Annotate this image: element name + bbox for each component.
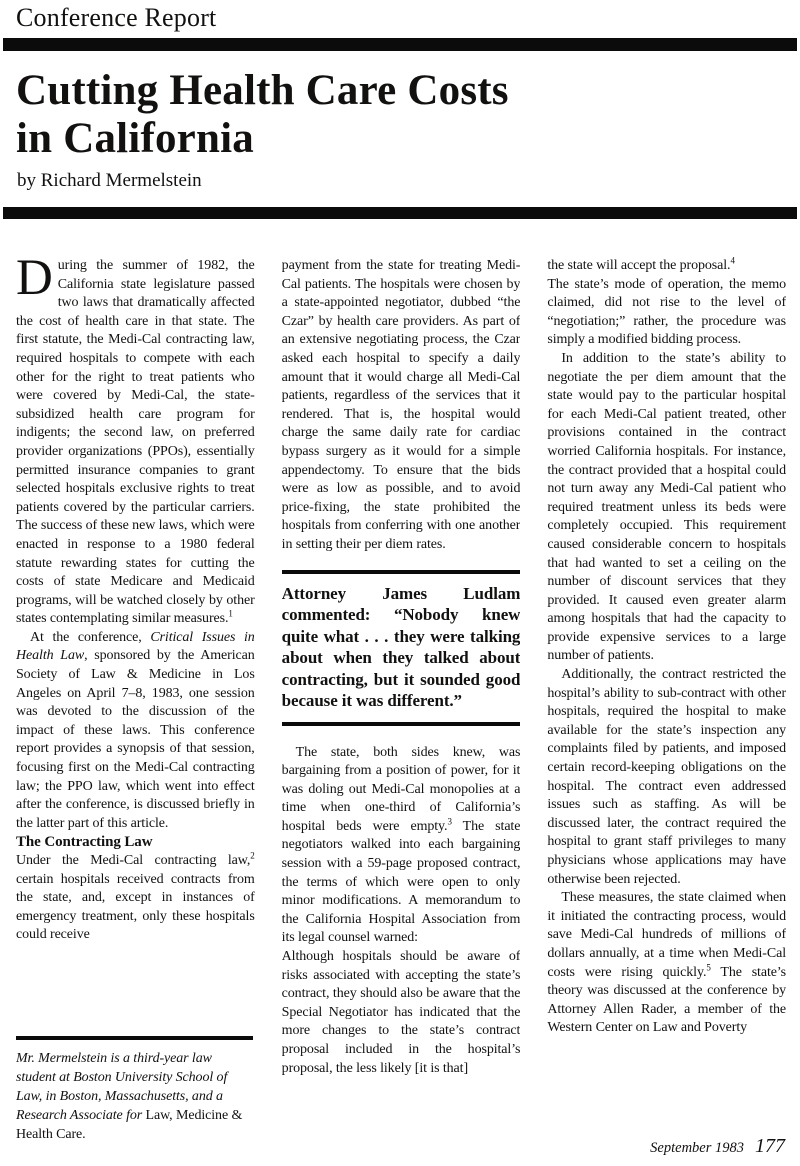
paragraph-opening: During the summer of 1982, the Californi… bbox=[16, 257, 255, 629]
paragraph-contracting-law: Under the Medi-Cal contracting law,2 cer… bbox=[16, 852, 255, 945]
paragraph-bargaining: The state, both sides knew, was bargaini… bbox=[282, 744, 521, 949]
article-title: Cutting Health Care Costs in California bbox=[0, 51, 800, 163]
title-line-1: Cutting Health Care Costs bbox=[16, 67, 800, 115]
paragraph-contract-restrictions: Additionally, the contract restricted th… bbox=[547, 666, 786, 889]
block-quote-continuation: the state will accept the proposal.4 bbox=[547, 257, 786, 276]
pull-quote-block: Attorney James Ludlam commented: “Nobody… bbox=[282, 570, 521, 726]
issue-date: September 1983 bbox=[650, 1140, 744, 1157]
page-number: 177 bbox=[755, 1135, 785, 1158]
text-column-3: the state will accept the proposal.4 The… bbox=[547, 257, 786, 1166]
text-column-1: During the summer of 1982, the Californi… bbox=[16, 257, 255, 1166]
section-heading-contracting-law: The Contracting Law bbox=[16, 833, 255, 852]
footnote-ref-4: 4 bbox=[730, 257, 734, 265]
paragraph-payment: payment from the state for treating Medi… bbox=[282, 257, 521, 555]
paragraph-mode-of-operation: The state’s mode of operation, the memo … bbox=[547, 276, 786, 350]
kicker: Conference Report bbox=[0, 0, 800, 34]
paragraph-savings-claim: These measures, the state claimed when i… bbox=[547, 889, 786, 1038]
page-footer: September 1983 177 bbox=[650, 1135, 785, 1158]
footnote-ref-2: 2 bbox=[250, 850, 254, 860]
paragraph-conference: At the conference, Critical Issues in He… bbox=[16, 629, 255, 834]
journal-page: { "header": { "kicker": "Conference Repo… bbox=[0, 0, 800, 1166]
header-rule-bottom bbox=[3, 207, 797, 219]
drop-cap: D bbox=[16, 257, 58, 297]
byline: by Richard Mermelstein bbox=[0, 163, 800, 192]
text-column-2: payment from the state for treating Medi… bbox=[282, 257, 521, 1166]
block-quote-memorandum: Although hospitals should be aware of ri… bbox=[282, 948, 521, 1078]
title-line-2: in California bbox=[16, 115, 800, 163]
paragraph-contract-provisions: In addition to the state’s ability to ne… bbox=[547, 350, 786, 666]
article-body: During the summer of 1982, the Californi… bbox=[0, 257, 800, 1166]
author-note: Mr. Mermelstein is a third-year law stud… bbox=[16, 1036, 253, 1144]
pull-quote: Attorney James Ludlam commented: “Nobody… bbox=[282, 574, 521, 722]
footnote-ref-1: 1 bbox=[228, 609, 232, 619]
header-rule-top bbox=[3, 38, 797, 51]
pull-quote-rule-bottom bbox=[282, 722, 521, 726]
